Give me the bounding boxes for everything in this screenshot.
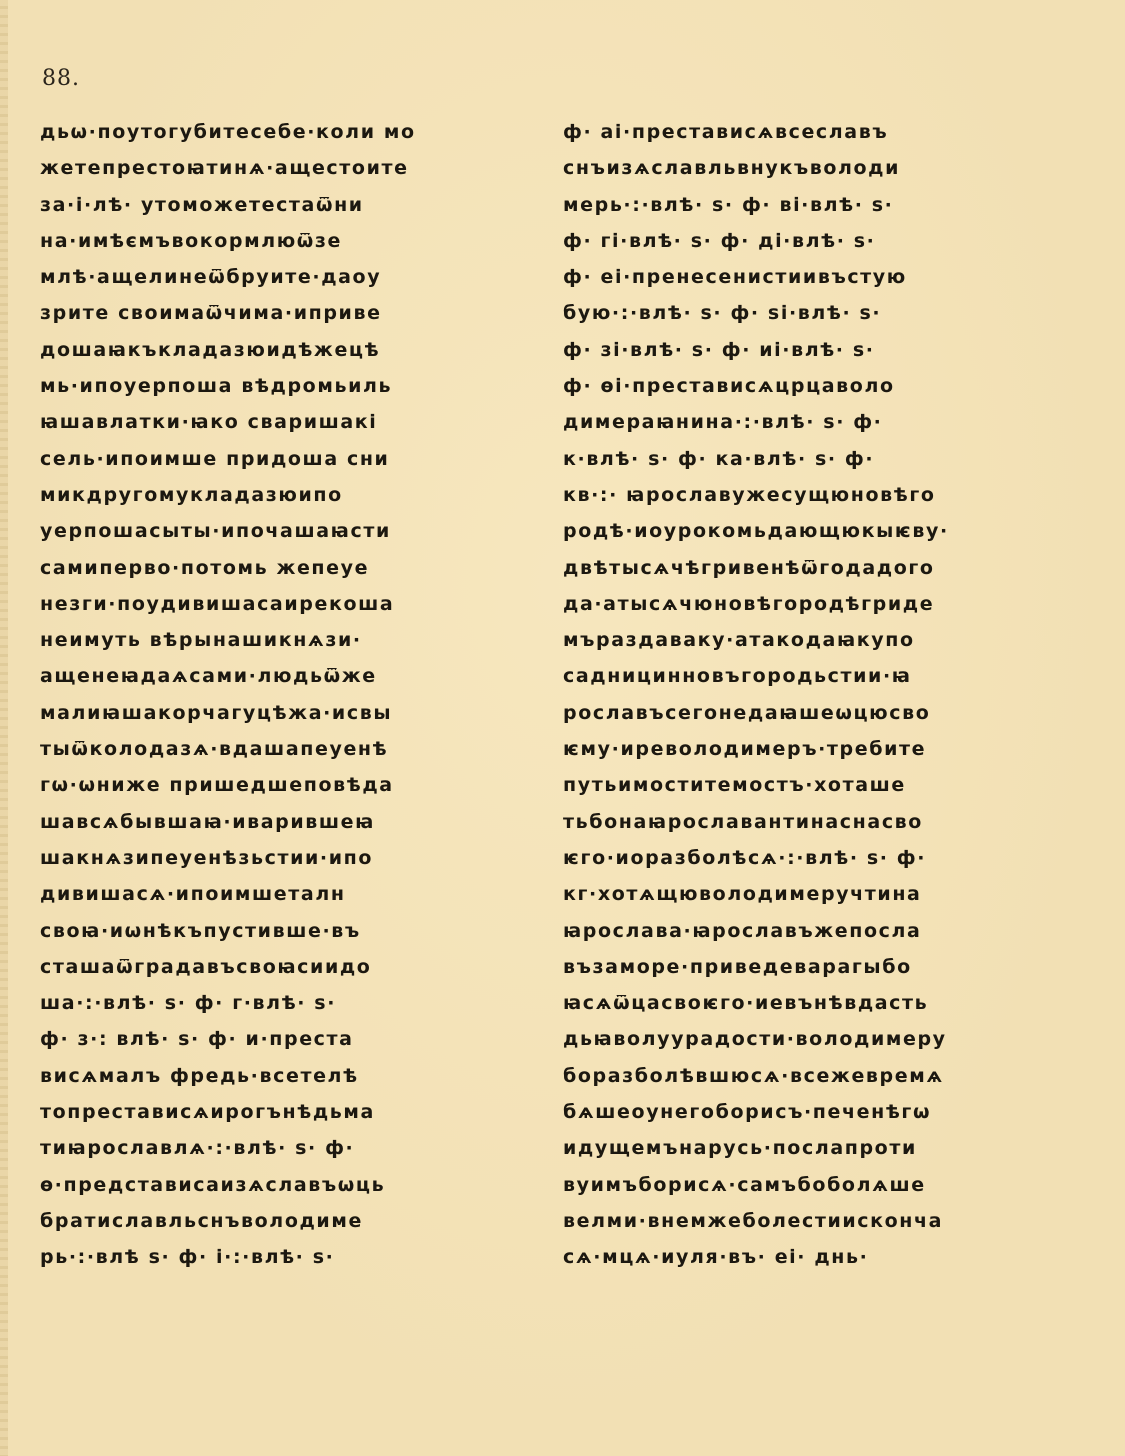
manuscript-line: сѧ·мцѧ·иуля·въ· еі· днь· <box>563 1239 1033 1275</box>
manuscript-line: идущемънарусь·послапроти <box>563 1130 1033 1166</box>
manuscript-line: самиперво·потомь жепеуе <box>40 550 510 586</box>
manuscript-page: 88. дьѡ·поутогубитесебе·коли мо жетепрес… <box>0 0 1125 1456</box>
manuscript-line: сель·ипоимше придоша сни <box>40 441 510 477</box>
manuscript-line: ф· з·: влѣ· ѕ· ф· и·Преста <box>40 1021 510 1057</box>
manuscript-line: незги·поудивишасаирекоша <box>40 586 510 622</box>
manuscript-line: неимуть вѣрынашикнѧзи· <box>40 622 510 658</box>
page-binding-edge <box>0 0 8 1456</box>
manuscript-line: жетепрестоꙗтинѧ·ащестоите <box>40 150 510 186</box>
manuscript-line: мь·ипоуерпоша вѣдромьиль <box>40 368 510 404</box>
manuscript-line: на·имѣємъвокормлюѿзе <box>40 223 510 259</box>
manuscript-line: ф· зі·влѣ· ѕ· ф· иі·влѣ· ѕ· <box>563 332 1033 368</box>
manuscript-line: кг·Хотѧщюволодимеручтина <box>563 876 1033 912</box>
text-column-right: ф· аі·Престависѧвсеславъ снъизѧславльвну… <box>563 114 1033 1276</box>
manuscript-line: топрестависѧирогънѣдьма <box>40 1094 510 1130</box>
manuscript-line: дивишасѧ·ипоимшеталн <box>40 876 510 912</box>
manuscript-line: ѥму·иреволодимеръ·требите <box>563 731 1033 767</box>
manuscript-line: ꙗрослава·ꙗрославъжепосла <box>563 913 1033 949</box>
manuscript-line: ф· ѳі·Престависѧцрцаволо <box>563 368 1033 404</box>
manuscript-line: мъраздаваку·атакодаꙗкупо <box>563 622 1033 658</box>
manuscript-line: снъизѧславльвнукъволоди <box>563 150 1033 186</box>
manuscript-line: родѣ·иоурокомьдающюкыѥву· <box>563 513 1033 549</box>
manuscript-line: кв·:· Ꙗрославужесущюновѣго <box>563 477 1033 513</box>
manuscript-line: рославъсегонедаꙗшеѡцюсво <box>563 695 1033 731</box>
manuscript-line: микдругомукладазюипо <box>40 477 510 513</box>
manuscript-line: шакнѧзипеуенѣзьстии·ипо <box>40 840 510 876</box>
manuscript-line: ѳ·Представисаизѧславъѡць <box>40 1167 510 1203</box>
manuscript-line: боразболѣвшюсѧ·всежевремѧ <box>563 1058 1033 1094</box>
manuscript-line: ѥго·иоразболѣсѧ·:·влѣ· ѕ· ф· <box>563 840 1033 876</box>
manuscript-line: тыѿколодазѧ·вдашапеуенѣ <box>40 731 510 767</box>
manuscript-line: дьѡ·поутогубитесебе·коли мо <box>40 114 510 150</box>
manuscript-line: ша·:·влѣ· ѕ· ф· г·влѣ· ѕ· <box>40 985 510 1021</box>
manuscript-line: ꙗсѧѿцасвоѥго·иевънѣвдасть <box>563 985 1033 1021</box>
manuscript-line: дьꙗволуурадости·володимеру <box>563 1021 1033 1057</box>
manuscript-line: за·і·лѣ· Утоможетестаѿни <box>40 187 510 223</box>
manuscript-line: уерпошасыты·ипочашаꙗсти <box>40 513 510 549</box>
manuscript-line: ꙗшавлатки·ꙗко сваришакі <box>40 404 510 440</box>
manuscript-line: тиꙗрославлѧ·:·влѣ· ѕ· ф· <box>40 1130 510 1166</box>
manuscript-line: да·атысѧчюновѣгородѣгриде <box>563 586 1033 622</box>
manuscript-line: ащенеꙗдаѧсами·людьѿже <box>40 658 510 694</box>
manuscript-line: бѧшеоунегоборисъ·печенѣгѡ <box>563 1094 1033 1130</box>
manuscript-line: ф· гі·влѣ· ѕ· ф· ді·влѣ· ѕ· <box>563 223 1033 259</box>
manuscript-line: възаморе·приведеварагыбо <box>563 949 1033 985</box>
manuscript-line: бую·:·влѣ· ѕ· ф· ѕі·влѣ· ѕ· <box>563 295 1033 331</box>
text-column-left: дьѡ·поутогубитесебе·коли мо жетепрестоꙗт… <box>40 114 510 1276</box>
manuscript-line: к·влѣ· ѕ· ф· ка·влѣ· ѕ· ф· <box>563 441 1033 477</box>
manuscript-line: вуимъборисѧ·самъбоболѧше <box>563 1167 1033 1203</box>
manuscript-line: ф· еі·Пренесенистиивъстую <box>563 259 1033 295</box>
manuscript-line: мерь·:·влѣ· ѕ· ф· ві·влѣ· ѕ· <box>563 187 1033 223</box>
page-number: 88. <box>42 66 80 91</box>
manuscript-line: своꙗ·иѡнѣкъпустивше·въ <box>40 913 510 949</box>
manuscript-line: млѣ·ащелинеѿбруите·даоу <box>40 259 510 295</box>
manuscript-line: малиꙗшакорчагуцѣжа·исвы <box>40 695 510 731</box>
manuscript-line: зрите своимаѿчима·иприве <box>40 295 510 331</box>
manuscript-line: ф· аі·Престависѧвсеславъ <box>563 114 1033 150</box>
manuscript-line: путьимоститемостъ·хоташе <box>563 767 1033 803</box>
manuscript-line: братиславльснъволодиме <box>40 1203 510 1239</box>
manuscript-line: велми·внемжеболестиисконча <box>563 1203 1033 1239</box>
manuscript-line: сташаѿградавъсвоꙗсиидо <box>40 949 510 985</box>
manuscript-line: дошаꙗкъкладазюидѣжецѣ <box>40 332 510 368</box>
manuscript-line: тьбонаꙗрославантинаснасво <box>563 804 1033 840</box>
manuscript-line: садницинновъгородьстии·ꙗ <box>563 658 1033 694</box>
manuscript-line: двѣтысѧчѣгривенѣѿгодадого <box>563 550 1033 586</box>
manuscript-line: димераꙗнина·:·влѣ· ѕ· ф· <box>563 404 1033 440</box>
manuscript-line: гѡ·ѡниже пришедшеповѣда <box>40 767 510 803</box>
manuscript-line: рь·:·влѣ ѕ· ф· і·:·влѣ· ѕ· <box>40 1239 510 1275</box>
manuscript-line: шавсѧбывшаꙗ·иварившеꙗ <box>40 804 510 840</box>
manuscript-line: висѧмалъ фредь·всетелѣ <box>40 1058 510 1094</box>
